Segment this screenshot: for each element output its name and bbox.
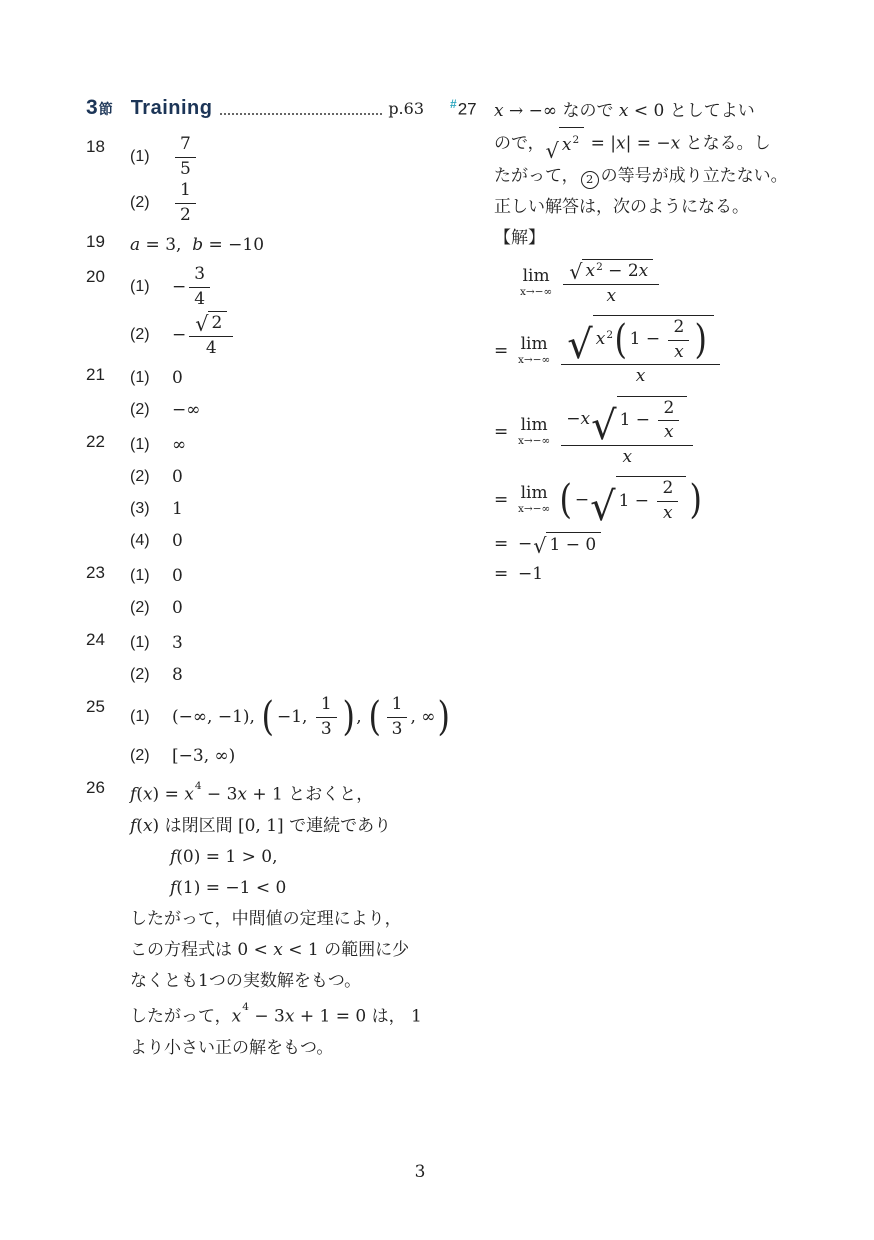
- answer-row-19: 19a = 3, b = −10: [86, 229, 424, 261]
- answer-number: 21: [86, 362, 130, 426]
- equation-row: limx→−∞√x2 − 2xx: [494, 259, 822, 306]
- math-variable: x: [273, 940, 283, 960]
- fraction-numerator: 2: [658, 399, 679, 422]
- fraction: 75: [175, 135, 196, 179]
- math-variable: b: [192, 235, 203, 255]
- fraction: √x2 − 2xx: [563, 259, 659, 306]
- jp-text: とおくと，: [288, 785, 373, 805]
- math-text: −: [575, 490, 589, 510]
- math-text: −: [566, 410, 580, 430]
- math-variable: x: [232, 1007, 242, 1027]
- answer-lines: (1)3(2)8: [130, 627, 424, 691]
- radicand: x2 − 2x: [582, 259, 653, 282]
- answer-line: (2)0: [130, 462, 424, 492]
- math-text: −: [518, 534, 532, 554]
- jp-text: としてよい: [670, 101, 755, 121]
- answer-content: ∞: [172, 435, 186, 455]
- answer-content: 0: [172, 566, 183, 586]
- math-variable: x: [636, 367, 646, 387]
- answer-line: (3)1: [130, 494, 424, 524]
- part-label: (1): [130, 148, 172, 166]
- superscript: 2: [596, 261, 603, 273]
- jp-text: 【解】: [494, 228, 545, 248]
- text-line: したがって，中間値の定理により，: [130, 904, 424, 935]
- text-line: f(0) = 1 > 0,: [130, 842, 424, 873]
- answer-row-21: 21(1)0(2)−∞: [86, 362, 424, 426]
- part-label: (1): [130, 278, 172, 296]
- fraction: √24: [189, 311, 233, 358]
- math-text: = −10: [203, 235, 264, 255]
- problem-27-body: x → −∞ なので x < 0 としてよいので，√x2 = |x| = −x …: [494, 96, 822, 593]
- math-variable: x: [674, 343, 684, 363]
- answer-number: 18: [86, 134, 130, 226]
- math-text: (0) = 1 > 0,: [176, 847, 277, 867]
- part-label: (2): [130, 468, 172, 486]
- answer-content: 0: [172, 531, 183, 551]
- answer-content: 75: [172, 135, 199, 179]
- section-unit: 節: [99, 101, 113, 117]
- part-label: (2): [130, 599, 172, 617]
- answer-number: 25: [86, 694, 130, 772]
- math-text: − 3: [249, 1007, 285, 1027]
- jp-line: x → −∞ なので x < 0 としてよい: [494, 96, 822, 127]
- math-text: 1 −: [620, 411, 656, 431]
- part-label: (2): [130, 666, 172, 684]
- math-variable: x: [585, 262, 595, 282]
- answer-content: [−3, ∞): [172, 746, 235, 766]
- math-variable: x: [606, 287, 616, 307]
- jp-text: の範囲に少: [324, 940, 409, 960]
- answer-line: (2)12: [130, 181, 424, 225]
- math-text: [−3, ∞): [172, 746, 235, 766]
- answer-content: 0: [172, 368, 183, 388]
- math-text: (1) = −1 < 0: [176, 878, 286, 898]
- fraction: 13: [316, 695, 337, 739]
- left-column: 3節 Training p.63 18(1)75(2)1219a = 3, b …: [86, 96, 424, 1067]
- answer-content: 0: [172, 467, 183, 487]
- equation-content: −√1 − 0: [518, 532, 602, 555]
- fraction-numerator: √x2 − 2x: [563, 259, 659, 285]
- math-text: ) =: [153, 785, 185, 805]
- paren-group: (−√1 − 2x): [558, 476, 704, 523]
- math-text: 3: [194, 265, 205, 285]
- superscript: 4: [242, 1001, 249, 1013]
- part-label: (1): [130, 436, 172, 454]
- answer-number: 26: [86, 775, 130, 1063]
- math-text: 4: [206, 339, 217, 359]
- math-text: 0: [172, 531, 183, 551]
- text-line: より小さい正の解をもつ。: [130, 1033, 424, 1064]
- radical: √x2(1 − 2x): [567, 315, 714, 362]
- math-variable: x: [663, 504, 673, 524]
- math-text: 1 − 0: [549, 535, 596, 555]
- section-number: 3節: [86, 96, 113, 120]
- equation-content: limx→−∞−x√1 − 2xx: [518, 396, 696, 468]
- math-text: 3: [172, 633, 183, 653]
- answer-number: 24: [86, 627, 130, 691]
- math-text: 0: [172, 467, 183, 487]
- limit-subscript: x→−∞: [518, 355, 550, 366]
- math-text: → −∞: [504, 101, 563, 121]
- answer-content: 0: [172, 598, 183, 618]
- math-text: = 3,: [140, 235, 192, 255]
- problem-27-number-text: 27: [458, 100, 477, 119]
- jp-text: つの実数解をもつ。: [209, 971, 361, 991]
- jp-text: は閉区間: [165, 816, 233, 836]
- math-text: 2: [663, 399, 674, 419]
- answer-number: 22: [86, 429, 130, 557]
- math-text: ): [153, 816, 165, 836]
- answer-content: a = 3, b = −10: [130, 235, 264, 255]
- math-text: 1 −: [630, 330, 666, 350]
- paren-group: (1 − 2x): [613, 318, 709, 362]
- dotted-leader: [220, 113, 382, 115]
- part-label: (1): [130, 567, 172, 585]
- math-text: 0: [172, 368, 183, 388]
- math-text: (−∞, −1),: [172, 707, 260, 727]
- radical-sign: √: [569, 260, 582, 283]
- equals-sign: =: [494, 564, 518, 584]
- radical: √1 − 2x: [590, 476, 686, 523]
- answer-line: (1)75: [130, 135, 424, 179]
- fraction: 2x: [657, 479, 678, 523]
- jp-text: ので，: [494, 134, 545, 154]
- fraction-numerator: 1: [387, 695, 408, 718]
- answer-row-25: 25(1)(−∞, −1), (−1, 13), (13, ∞)(2)[−3, …: [86, 694, 424, 772]
- answer-number: 23: [86, 560, 130, 624]
- radicand: 1 − 2x: [617, 396, 688, 443]
- answer-content: (−∞, −1), (−1, 13), (13, ∞): [172, 695, 452, 739]
- equation-row: =limx→−∞−x√1 − 2xx: [494, 396, 822, 468]
- jp-text: となる。し: [686, 134, 771, 154]
- math-text: ,: [356, 707, 367, 727]
- answer-row-18: 18(1)75(2)12: [86, 134, 424, 226]
- answer-row-24: 24(1)3(2)8: [86, 627, 424, 691]
- fraction-denominator: 5: [180, 158, 191, 180]
- answer-row-20: 20(1)−34(2)−√24: [86, 264, 424, 359]
- math-text: + 1 = 0: [294, 1007, 371, 1027]
- circled-number: 2: [581, 171, 599, 189]
- answer-line: (2)8: [130, 660, 424, 690]
- math-text: 3: [321, 720, 332, 740]
- radical-sign: √: [590, 477, 615, 524]
- math-text: (: [136, 816, 143, 836]
- answer-row-26: 26f(x) = x4 − 3x + 1 とおくと，f(x) は閉区間 [0, …: [86, 775, 424, 1063]
- equation-row: =−√1 − 0: [494, 532, 822, 555]
- math-text: 0: [172, 598, 183, 618]
- math-text: < 1: [283, 940, 324, 960]
- radical-sign: √: [567, 316, 592, 363]
- part-label: (1): [130, 708, 172, 726]
- limit: limx→−∞: [518, 417, 550, 446]
- answer-content: 8: [172, 665, 183, 685]
- math-text: 4: [194, 290, 205, 310]
- paren-group: (−1, 13): [260, 695, 356, 739]
- answer-line: (2)−∞: [130, 395, 424, 425]
- math-text: 0: [172, 566, 183, 586]
- section-header: 3節 Training p.63: [86, 96, 424, 120]
- fraction: 13: [387, 695, 408, 739]
- math-text: 2: [673, 318, 684, 338]
- text-line: f(x) = x4 − 3x + 1 とおくと，: [130, 775, 424, 811]
- math-text: 0 <: [232, 940, 273, 960]
- paren-content: −√1 − 2x: [574, 476, 688, 523]
- math-text: 1 −: [619, 491, 655, 511]
- math-text: −: [172, 325, 186, 345]
- part-label: (2): [130, 401, 172, 419]
- jp-text: の等号が成り立たない。: [601, 166, 788, 186]
- part-label: (2): [130, 747, 172, 765]
- jp-text: したがって，中間値の定理により，: [130, 909, 402, 929]
- answer-line: (4)0: [130, 526, 424, 556]
- math-variable: x: [562, 130, 572, 161]
- math-text: −: [172, 277, 186, 297]
- fraction-numerator: √2: [189, 311, 233, 337]
- math-text: 5: [180, 160, 191, 180]
- equals-sign: =: [494, 490, 518, 510]
- answer-lines: (1)−34(2)−√24: [130, 264, 424, 359]
- radicand: x2(1 − 2x): [593, 315, 714, 362]
- equals-sign: =: [494, 534, 518, 554]
- math-text: − 2: [603, 262, 639, 282]
- limit-word: lim: [521, 336, 548, 354]
- math-variable: x: [596, 330, 606, 350]
- problem-27-equations: limx→−∞√x2 − 2xx=limx→−∞√x2(1 − 2x)x=lim…: [494, 259, 822, 584]
- jp-text: なくとも: [130, 971, 198, 991]
- math-text: [0, 1]: [233, 816, 290, 836]
- right-column: #27 x → −∞ なので x < 0 としてよいので，√x2 = |x| =…: [450, 96, 822, 593]
- fraction-denominator: 4: [194, 288, 205, 310]
- jp-text: なので: [562, 101, 613, 121]
- problem-27: #27 x → −∞ なので x < 0 としてよいので，√x2 = |x| =…: [450, 96, 822, 593]
- answer-line: (2)−√24: [130, 311, 424, 358]
- math-variable: x: [671, 134, 681, 154]
- part-label: (4): [130, 532, 172, 550]
- part-label: (2): [130, 194, 172, 212]
- fraction-numerator: 1: [316, 695, 337, 718]
- math-text: 2: [662, 479, 673, 499]
- answer-lines: (1)75(2)12: [130, 134, 424, 226]
- math-variable: a: [130, 235, 140, 255]
- math-variable: x: [639, 262, 649, 282]
- math-text: −1: [518, 564, 543, 584]
- jp-text: たがって，: [494, 166, 579, 186]
- fraction-numerator: 2: [657, 479, 678, 502]
- radical: √x2: [546, 127, 585, 161]
- math-variable: x: [143, 785, 153, 805]
- part-label: (2): [130, 326, 172, 344]
- fraction: √x2(1 − 2x)x: [561, 315, 720, 387]
- paren-content: 13, ∞: [383, 695, 437, 739]
- fraction-denominator: 3: [321, 718, 332, 740]
- math-text: 8: [172, 665, 183, 685]
- math-text: − 3: [202, 785, 238, 805]
- fraction-denominator: x: [622, 446, 632, 468]
- fraction-denominator: 4: [206, 337, 217, 359]
- radicand: 1 − 2x: [616, 476, 687, 523]
- math-variable: x: [143, 816, 153, 836]
- jp-line: 【解】: [494, 223, 822, 254]
- math-text: 7: [180, 135, 191, 155]
- equals-sign: =: [494, 341, 518, 361]
- math-text: + 1: [247, 785, 288, 805]
- radical-sign: √: [195, 312, 208, 335]
- math-text: | = −: [626, 134, 671, 154]
- part-label: (1): [130, 634, 172, 652]
- limit-word: lim: [521, 485, 548, 503]
- problem-27-number: #27: [450, 96, 494, 593]
- radicand: x2: [559, 127, 584, 161]
- answer-line: (1)∞: [130, 430, 424, 460]
- fraction-denominator: x: [663, 502, 673, 524]
- limit: limx→−∞: [520, 268, 552, 297]
- math-text: 1: [406, 1007, 422, 1027]
- jp-line: 正しい解答は，次のようになる。: [494, 192, 822, 223]
- fraction-numerator: −x√1 − 2x: [561, 396, 693, 446]
- fraction: 12: [175, 181, 196, 225]
- fraction-numerator: 2: [668, 318, 689, 341]
- fraction-numerator: √x2(1 − 2x): [561, 315, 720, 365]
- math-text: ∞: [172, 435, 186, 455]
- part-label: (3): [130, 500, 172, 518]
- paren-group: (13, ∞): [367, 695, 452, 739]
- answer-line: a = 3, b = −10: [130, 230, 424, 260]
- part-label: (1): [130, 369, 172, 387]
- superscript: 2: [606, 329, 613, 341]
- answer-line: (1)0: [130, 561, 424, 591]
- limit-subscript: x→−∞: [518, 504, 550, 515]
- fraction: −x√1 − 2xx: [561, 396, 693, 468]
- fraction: 34: [189, 265, 210, 309]
- answer-content: 1: [172, 499, 183, 519]
- answer-lines: a = 3, b = −10: [130, 229, 424, 261]
- math-text: 2: [180, 206, 191, 226]
- math-text: −∞: [172, 400, 200, 420]
- problem-27-text: x → −∞ なので x < 0 としてよいので，√x2 = |x| = −x …: [494, 96, 822, 254]
- jp-line: たがって，2の等号が成り立たない。: [494, 161, 822, 192]
- answer-row-22: 22(1)∞(2)0(3)1(4)0: [86, 429, 424, 557]
- equation-content: limx→−∞√x2(1 − 2x)x: [518, 315, 723, 387]
- jp-text: この方程式は: [130, 940, 232, 960]
- math-text: 1: [392, 695, 403, 715]
- answers-list: 18(1)75(2)1219a = 3, b = −1020(1)−34(2)−…: [86, 134, 424, 1064]
- equation-content: limx→−∞√x2 − 2xx: [520, 259, 662, 306]
- math-variable: x: [285, 1007, 295, 1027]
- radical: √1 − 2x: [591, 396, 687, 443]
- math-text: = |: [585, 134, 616, 154]
- radical: √x2 − 2x: [569, 259, 653, 282]
- answer-page: 3節 Training p.63 18(1)75(2)1219a = 3, b …: [0, 0, 874, 1240]
- answer-lines: (1)0(2)−∞: [130, 362, 424, 426]
- jp-text: したがって，: [130, 1007, 232, 1027]
- radical: √1 − 0: [533, 532, 601, 555]
- jp-text: 正しい解答は，次のようになる。: [494, 197, 749, 217]
- math-variable: x: [581, 410, 591, 430]
- jp-text: で連続であり: [289, 816, 391, 836]
- answer-lines: (1)(−∞, −1), (−1, 13), (13, ∞)(2)[−3, ∞): [130, 694, 452, 772]
- limit-subscript: x→−∞: [520, 287, 552, 298]
- answer-line: (1)3: [130, 628, 424, 658]
- limit-word: lim: [521, 417, 548, 435]
- fraction: 2x: [658, 399, 679, 443]
- equals-sign: =: [494, 422, 518, 442]
- limit: limx→−∞: [518, 336, 550, 365]
- math-text: 1: [172, 499, 183, 519]
- jp-text: は，: [372, 1007, 406, 1027]
- answer-content: −√24: [172, 311, 236, 358]
- answer-content: −∞: [172, 400, 200, 420]
- math-text: −1,: [277, 707, 313, 727]
- answer-lines: (1)∞(2)0(3)1(4)0: [130, 429, 424, 557]
- equation-row: =−1: [494, 564, 822, 584]
- radical-sign: √: [533, 533, 546, 556]
- math-variable: x: [664, 423, 674, 443]
- answer-lines: f(x) = x4 − 3x + 1 とおくと，f(x) は閉区間 [0, 1]…: [130, 775, 424, 1063]
- answer-lines: (1)0(2)0: [130, 560, 424, 624]
- equation-row: =limx→−∞(−√1 − 2x): [494, 476, 822, 523]
- equation-content: −1: [518, 564, 543, 584]
- page-reference: p.63: [388, 99, 424, 118]
- math-variable: x: [494, 101, 504, 121]
- radical: √2: [195, 311, 227, 334]
- math-text: 1: [321, 695, 332, 715]
- text-line: f(1) = −1 < 0: [130, 873, 424, 904]
- fraction: 2x: [668, 318, 689, 362]
- answer-content: −34: [172, 265, 213, 309]
- answer-content: 12: [172, 181, 199, 225]
- jp-text: より小さい正の解をもつ。: [130, 1038, 333, 1058]
- text-line: したがって，x4 − 3x + 1 = 0 は， 1: [130, 997, 424, 1033]
- text-line: f(x) は閉区間 [0, 1] で連続であり: [130, 811, 424, 842]
- fraction-numerator: 7: [175, 135, 196, 158]
- text-line: この方程式は 0 < x < 1 の範囲に少: [130, 935, 424, 966]
- math-variable: x: [184, 785, 194, 805]
- fraction-denominator: x: [636, 365, 646, 387]
- page-number: 3: [0, 1162, 840, 1182]
- section-title: Training: [131, 97, 213, 120]
- equation-content: limx→−∞(−√1 − 2x): [518, 476, 704, 523]
- text-line: なくとも1つの実数解をもつ。: [130, 966, 424, 997]
- superscript: 4: [195, 780, 202, 792]
- superscript: 2: [572, 125, 579, 156]
- math-variable: x: [616, 134, 626, 154]
- equation-row: =limx→−∞√x2(1 − 2x)x: [494, 315, 822, 387]
- math-variable: x: [237, 785, 247, 805]
- section-number-digit: 3: [86, 96, 98, 119]
- paren-content: −1, 13: [276, 695, 341, 739]
- math-text: 1: [198, 971, 209, 991]
- limit: limx→−∞: [518, 485, 550, 514]
- fraction-denominator: 3: [392, 718, 403, 740]
- answer-number: 19: [86, 229, 130, 261]
- jp-line: ので，√x2 = |x| = −x となる。し: [494, 127, 822, 161]
- radical-sign: √: [546, 128, 559, 162]
- answer-line: (2)0: [130, 593, 424, 623]
- fraction-denominator: x: [674, 341, 684, 363]
- answer-line: (2)[−3, ∞): [130, 741, 452, 771]
- math-text: 3: [392, 720, 403, 740]
- math-variable: x: [622, 448, 632, 468]
- math-text: < 0: [628, 101, 669, 121]
- hash-marker: #: [450, 97, 457, 111]
- radical-sign: √: [591, 397, 616, 444]
- radicand: 1 − 0: [546, 532, 601, 555]
- radicand: 2: [208, 311, 227, 334]
- math-text: 2: [211, 314, 222, 334]
- fraction-numerator: 3: [189, 265, 210, 288]
- answer-line: (1)−34: [130, 265, 424, 309]
- fraction-denominator: 2: [180, 204, 191, 226]
